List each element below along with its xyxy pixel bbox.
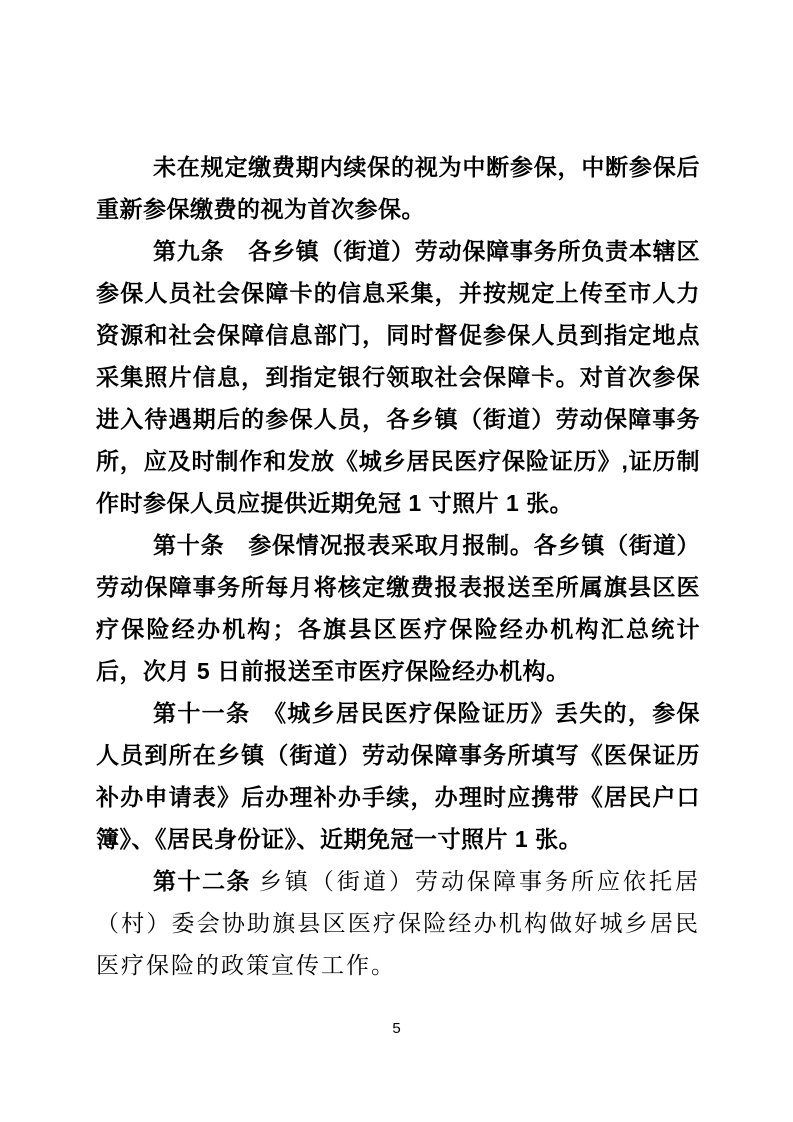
document-page: 未在规定缴费期内续保的视为中断参保，中断参保后重新参保缴费的视为首次参保。 第九… — [0, 0, 793, 1122]
paragraph-intro: 未在规定缴费期内续保的视为中断参保，中断参保后重新参保缴费的视为首次参保。 — [96, 146, 700, 230]
clause-9-term: 第九条 — [153, 238, 248, 264]
paragraph-clause-12: 第十二条 乡镇（街道）劳动保障事务所应依托居（村）委会协助旗县区医疗保险经办机构… — [96, 860, 700, 986]
clause-9-text: 各乡镇（街道）劳动保障事务所负责本辖区参保人员社会保障卡的信息采集，并按规定上传… — [96, 238, 700, 516]
paragraph-clause-11: 第十一条 《城乡居民医疗保险证历》丢失的，参保人员到所在乡镇（街道）劳动保障事务… — [96, 692, 700, 860]
paragraph-clause-9: 第九条 各乡镇（街道）劳动保障事务所负责本辖区参保人员社会保障卡的信息采集，并按… — [96, 230, 700, 524]
clause-10-term: 第十条 — [153, 532, 248, 558]
clause-11-term: 第十一条 — [153, 700, 275, 726]
clause-text: 未在规定缴费期内续保的视为中断参保，中断参保后重新参保缴费的视为首次参保。 — [96, 154, 700, 222]
page-number: 5 — [0, 1020, 793, 1037]
paragraph-clause-10: 第十条 参保情况报表采取月报制。各乡镇（街道）劳动保障事务所每月将核定缴费报表报… — [96, 524, 700, 692]
clause-12-term: 第十二条 — [153, 868, 259, 894]
